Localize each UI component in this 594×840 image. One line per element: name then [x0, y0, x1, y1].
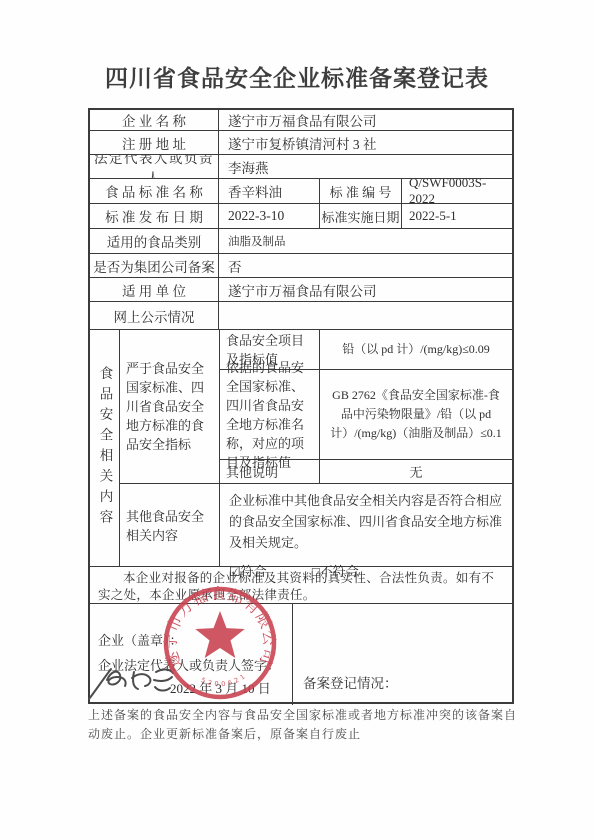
- group-filing-label: 是否为集团公司备案: [90, 254, 219, 277]
- implement-date-value: 2022-5-1: [402, 204, 512, 228]
- filing-status-label: 备案登记情况：: [303, 672, 398, 692]
- publish-date-label: 标 准 发 布 日 期: [90, 204, 219, 228]
- other-safety-group: 其他食品安全相关内容 企业标准中其他食品安全相关内容是否符合相应的食品安全国家标…: [120, 484, 512, 567]
- food-category-label: 适用的食品类别: [90, 229, 219, 253]
- signature-row: 企业（盖章）： 企业法定代表人或负责人签字： 2022 年 3 月 10 日 备…: [90, 604, 512, 705]
- footer-note: 上述备案的食品安全内容与食品安全国家标准或者地方标准冲突的该备案自动废止。企业更…: [88, 706, 520, 744]
- table-row: 注 册 地 址 遂宁市复桥镇清河村 3 社: [90, 131, 512, 155]
- online-publicity-label: 网上公示情况: [90, 302, 219, 329]
- standard-name-value: 香辛料油: [219, 179, 320, 203]
- declaration-row: 本企业对报备的企业标准及其资料的真实性、合法性负责。如有不实之处，本企业愿承担全…: [90, 567, 512, 604]
- food-category-value: 油脂及制品: [219, 229, 512, 253]
- safety-side-header: 食品安全相关内容: [90, 330, 120, 566]
- company-name-value: 遂宁市万福食品有限公司: [219, 110, 512, 130]
- standard-no-label: 标 准 编 号: [320, 179, 402, 203]
- address-label: 注 册 地 址: [90, 131, 219, 154]
- filing-status-cell: 备案登记情况：: [293, 604, 512, 705]
- registration-form-page: 四川省食品安全企业标准备案登记表 企 业 名 称 遂宁市万福食品有限公司 注 册…: [0, 0, 594, 840]
- page-title: 四川省食品安全企业标准备案登记表: [0, 60, 594, 93]
- legal-rep-label: 法定代表人或负责人: [90, 155, 219, 178]
- table-row: 食 品 标 准 名 称 香辛料油 标 准 编 号 Q/SWF0003S-2022: [90, 179, 512, 204]
- legal-rep-value: 李海燕: [219, 155, 512, 178]
- applicable-unit-label: 适 用 单 位: [90, 278, 219, 301]
- sign-date: 2022 年 3 月 10 日: [170, 678, 271, 697]
- signature-cell: 企业（盖章）： 企业法定代表人或负责人签字： 2022 年 3 月 10 日: [90, 604, 293, 705]
- basis-standard-value: GB 2762《食品安全国家标准-食品中污染物限量》/铅（以 pd 计）/(mg…: [320, 370, 512, 459]
- declaration-text: 本企业对报备的企业标准及其资料的真实性、合法性负责。如有不实之处，本企业愿承担全…: [90, 567, 512, 603]
- applicable-unit-value: 遂宁市万福食品有限公司: [219, 278, 512, 301]
- strict-indicator-group: 严于食品安全国家标准、四川省食品安全地方标准的食品安全指标 食品安全项目及指标值…: [120, 330, 512, 484]
- group-filing-value: 否: [219, 254, 512, 277]
- rep-sign-label: 企业法定代表人或负责人签字：: [98, 655, 280, 674]
- other-note-label: 其他说明: [220, 460, 320, 484]
- table-row: 法定代表人或负责人 李海燕: [90, 155, 512, 179]
- table-row: 其他说明 无: [220, 460, 512, 484]
- safety-side-label: 食品安全相关内容: [95, 366, 115, 530]
- table-row: 适用的食品类别 油脂及制品: [90, 229, 512, 254]
- table-row: 标 准 发 布 日 期 2022-3-10 标准实施日期 2022-5-1: [90, 204, 512, 229]
- standard-name-label: 食 品 标 准 名 称: [90, 179, 219, 203]
- company-seal-label: 企业（盖章）：: [98, 630, 183, 649]
- other-safety-statement: 企业标准中其他食品安全相关内容是否符合相应的食品安全国家标准、四川省食品安全地方…: [229, 493, 502, 550]
- table-row: 企 业 名 称 遂宁市万福食品有限公司: [90, 110, 512, 131]
- safety-section: 食品安全相关内容 严于食品安全国家标准、四川省食品安全地方标准的食品安全指标 食…: [90, 330, 512, 567]
- address-value: 遂宁市复桥镇清河村 3 社: [219, 131, 512, 154]
- strict-indicator-label: 严于食品安全国家标准、四川省食品安全地方标准的食品安全指标: [120, 330, 220, 483]
- table-row: 适 用 单 位 遂宁市万福食品有限公司: [90, 278, 512, 302]
- other-note-value: 无: [320, 460, 512, 484]
- other-safety-content: 企业标准中其他食品安全相关内容是否符合相应的食品安全国家标准、四川省食品安全地方…: [220, 484, 512, 567]
- table-row: 是否为集团公司备案 否: [90, 254, 512, 278]
- online-publicity-value: [219, 302, 512, 329]
- registration-table: 企 业 名 称 遂宁市万福食品有限公司 注 册 地 址 遂宁市复桥镇清河村 3 …: [88, 108, 514, 704]
- standard-no-value: Q/SWF0003S-2022: [402, 179, 512, 203]
- table-row: 网上公示情况: [90, 302, 512, 330]
- basis-standard-label: 依据的食品安全国家标准、四川省食品安全地方标准名称，对应的项目及指标值: [220, 370, 320, 459]
- publish-date-value: 2022-3-10: [219, 204, 320, 228]
- company-name-label: 企 业 名 称: [90, 110, 219, 130]
- other-safety-label: 其他食品安全相关内容: [120, 484, 220, 567]
- project-indicator-value: 铅（以 pd 计）/(mg/kg)≤0.09: [320, 330, 512, 369]
- table-row: 依据的食品安全国家标准、四川省食品安全地方标准名称，对应的项目及指标值 GB 2…: [220, 370, 512, 460]
- implement-date-label: 标准实施日期: [320, 204, 402, 228]
